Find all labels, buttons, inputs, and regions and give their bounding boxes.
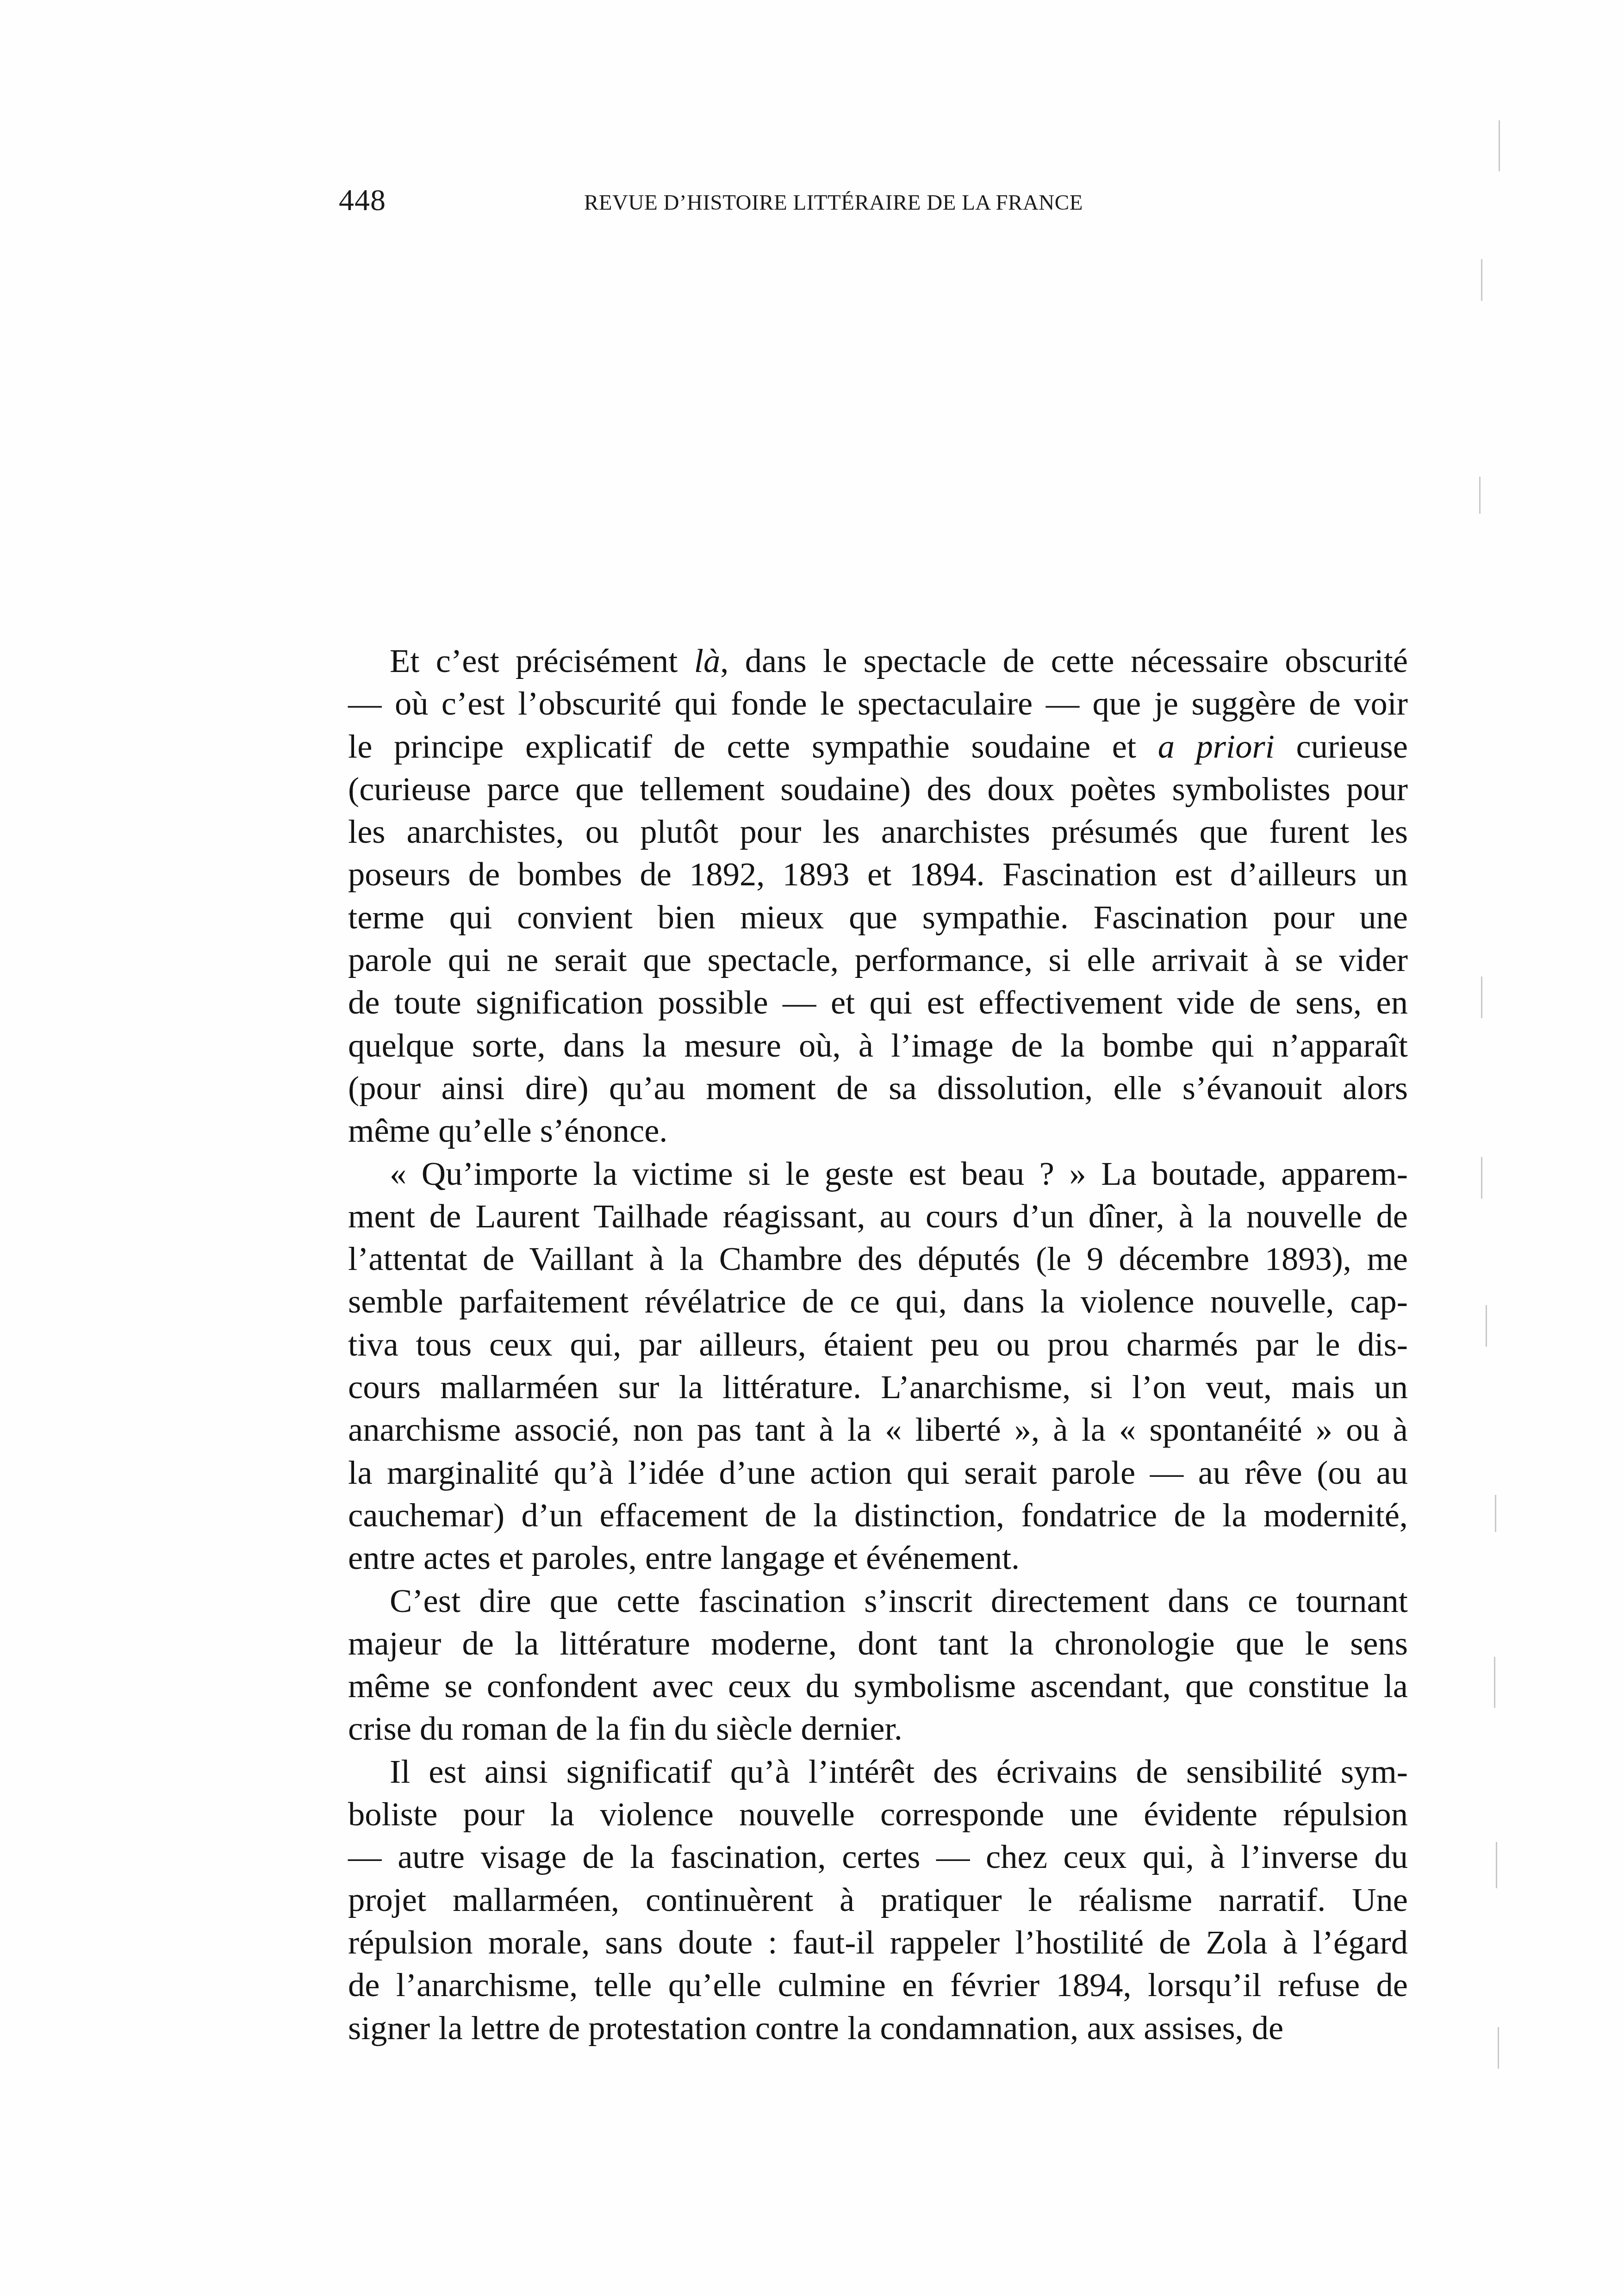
text-segment: même qu’elle s’énonce.	[348, 1112, 667, 1149]
text-line: parole qui ne serait que spectacle, perf…	[348, 939, 1408, 981]
text-segment: Et c’est précisément	[390, 642, 694, 679]
text-segment: majeur de la littérature moderne, dont t…	[348, 1624, 1408, 1662]
text-line: même qu’elle s’énonce.	[348, 1109, 1408, 1152]
text-line: terme qui convient bien mieux que sympat…	[348, 896, 1408, 939]
text-segment: de toute signification possible — et qui…	[348, 983, 1408, 1021]
text-segment: « Qu’importe la victime si le geste est …	[390, 1155, 1408, 1192]
text-line: (curieuse parce que tellement soudaine) …	[348, 768, 1408, 810]
italic-text: là	[694, 642, 720, 679]
text-line: la marginalité qu’à l’idée d’une action …	[348, 1451, 1408, 1494]
text-line: de l’anarchisme, telle qu’elle culmine e…	[348, 1964, 1408, 2006]
italic-text: a priori	[1158, 728, 1275, 765]
text-segment: le principe explicatif de cette sympathi…	[348, 728, 1158, 765]
paragraph: « Qu’importe la victime si le geste est …	[348, 1152, 1408, 1580]
text-line: « Qu’importe la victime si le geste est …	[348, 1152, 1408, 1195]
text-segment: l’attentat de Vaillant à la Chambre des …	[348, 1240, 1408, 1277]
text-segment: répulsion morale, sans doute : faut-il r…	[348, 1923, 1408, 1961]
text-line: semble parfaitement révélatrice de ce qu…	[348, 1280, 1408, 1323]
text-line: répulsion morale, sans doute : faut-il r…	[348, 1921, 1408, 1964]
text-segment: semble parfaitement révélatrice de ce qu…	[348, 1282, 1408, 1320]
text-segment: parole qui ne serait que spectacle, perf…	[348, 941, 1408, 978]
scan-artifact	[1479, 477, 1481, 514]
text-line: — autre visage de la fascination, certes…	[348, 1836, 1408, 1878]
text-line: les anarchistes, ou plutôt pour les anar…	[348, 810, 1408, 853]
scan-artifact	[1499, 120, 1500, 171]
running-head: 448 REVUE D’HISTOIRE LITTÉRAIRE DE LA FR…	[339, 183, 1403, 224]
text-line: Et c’est précisément là, dans le spectac…	[348, 640, 1408, 682]
scan-artifact	[1481, 259, 1482, 301]
text-segment: de l’anarchisme, telle qu’elle culmine e…	[348, 1966, 1408, 2004]
text-segment: C’est dire que cette fascination s’inscr…	[390, 1582, 1408, 1619]
paragraph: Il est ainsi significatif qu’à l’intérêt…	[348, 1750, 1408, 2049]
text-line: crise du roman de la fin du siècle derni…	[348, 1707, 1408, 1750]
paragraph: C’est dire que cette fascination s’inscr…	[348, 1580, 1408, 1750]
text-line: entre actes et paroles, entre langage et…	[348, 1537, 1408, 1579]
text-line: l’attentat de Vaillant à la Chambre des …	[348, 1238, 1408, 1280]
book-page: 448 REVUE D’HISTOIRE LITTÉRAIRE DE LA FR…	[0, 0, 1624, 2296]
text-segment: ment de Laurent Tailhade réagissant, au …	[348, 1197, 1408, 1235]
text-segment: (pour ainsi dire) qu’au moment de sa dis…	[348, 1069, 1408, 1107]
text-segment: signer la lettre de protestation contre …	[348, 2009, 1283, 2047]
text-line: signer la lettre de protestation contre …	[348, 2007, 1408, 2049]
text-line: Il est ainsi significatif qu’à l’intérêt…	[348, 1750, 1408, 1793]
scan-artifact	[1494, 1657, 1495, 1708]
text-segment: — autre visage de la fascination, certes…	[348, 1838, 1408, 1875]
scan-artifact	[1481, 1157, 1482, 1199]
text-line: même se confondent avec ceux du symbolis…	[348, 1665, 1408, 1707]
text-segment: entre actes et paroles, entre langage et…	[348, 1539, 1020, 1576]
text-segment: poseurs de bombes de 1892, 1893 et 1894.…	[348, 855, 1408, 893]
text-segment: projet mallarméen, continuèrent à pratiq…	[348, 1881, 1408, 1918]
text-segment: les anarchistes, ou plutôt pour les anar…	[348, 813, 1408, 850]
text-line: boliste pour la violence nouvelle corres…	[348, 1793, 1408, 1836]
text-line: tiva tous ceux qui, par ailleurs, étaien…	[348, 1323, 1408, 1366]
text-segment: cours mallarméen sur la littérature. L’a…	[348, 1368, 1408, 1406]
scan-artifact	[1495, 1495, 1496, 1532]
text-line: anarchisme associé, non pas tant à la « …	[348, 1408, 1408, 1451]
text-segment: même se confondent avec ceux du symbolis…	[348, 1667, 1408, 1705]
text-segment: boliste pour la violence nouvelle corres…	[348, 1795, 1408, 1833]
text-segment: terme qui convient bien mieux que sympat…	[348, 898, 1408, 936]
scan-artifact	[1498, 2027, 1499, 2069]
journal-title: REVUE D’HISTOIRE LITTÉRAIRE DE LA FRANCE	[584, 190, 1083, 215]
text-segment: , dans le spectacle de cette nécessaire …	[720, 642, 1408, 679]
text-segment: crise du roman de la fin du siècle derni…	[348, 1710, 902, 1747]
page-number: 448	[339, 183, 386, 218]
text-line: le principe explicatif de cette sympathi…	[348, 725, 1408, 768]
text-line: quelque sorte, dans la mesure où, à l’im…	[348, 1024, 1408, 1067]
paragraph: Et c’est précisément là, dans le spectac…	[348, 640, 1408, 1152]
text-line: cours mallarméen sur la littérature. L’a…	[348, 1366, 1408, 1408]
text-line: de toute signification possible — et qui…	[348, 981, 1408, 1024]
text-segment: cauchemar) d’un effacement de la distinc…	[348, 1496, 1408, 1534]
body-text: Et c’est précisément là, dans le spectac…	[348, 640, 1408, 2049]
text-line: ment de Laurent Tailhade réagissant, au …	[348, 1195, 1408, 1238]
text-segment: curieuse	[1275, 728, 1408, 765]
text-line: poseurs de bombes de 1892, 1893 et 1894.…	[348, 853, 1408, 896]
text-line: C’est dire que cette fascination s’inscr…	[348, 1580, 1408, 1622]
text-segment: (curieuse parce que tellement soudaine) …	[348, 770, 1408, 808]
text-line: cauchemar) d’un effacement de la distinc…	[348, 1494, 1408, 1537]
text-segment: tiva tous ceux qui, par ailleurs, étaien…	[348, 1325, 1408, 1363]
text-segment: quelque sorte, dans la mesure où, à l’im…	[348, 1027, 1408, 1064]
text-segment: Il est ainsi significatif qu’à l’intérêt…	[390, 1753, 1408, 1790]
scan-artifact	[1481, 977, 1482, 1018]
text-segment: — où c’est l’obscurité qui fonde le spec…	[348, 684, 1408, 722]
text-line: projet mallarméen, continuèrent à pratiq…	[348, 1879, 1408, 1921]
text-segment: anarchisme associé, non pas tant à la « …	[348, 1411, 1408, 1448]
scan-artifact	[1496, 1842, 1497, 1888]
text-line: majeur de la littérature moderne, dont t…	[348, 1622, 1408, 1665]
scan-artifact	[1486, 1305, 1487, 1347]
text-segment: la marginalité qu’à l’idée d’une action …	[348, 1454, 1408, 1491]
text-line: (pour ainsi dire) qu’au moment de sa dis…	[348, 1067, 1408, 1109]
text-line: — où c’est l’obscurité qui fonde le spec…	[348, 682, 1408, 725]
